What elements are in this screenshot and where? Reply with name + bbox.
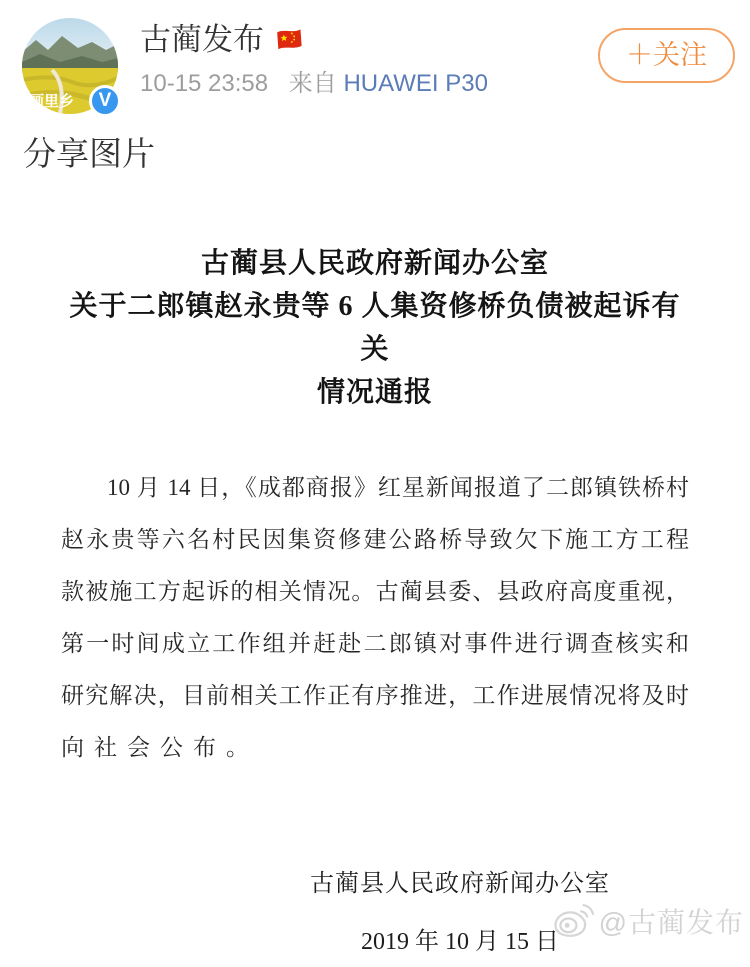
follow-button[interactable]: ＋关注 xyxy=(598,28,735,83)
notice-title: 古蔺县人民政府新闻办公室 关于二郎镇赵永贵等 6 人集资修桥负债被起诉有关 情况… xyxy=(61,198,689,414)
notice-body-line: 研究解决，目前相关工作正有序推进，工作进展情况将及时 xyxy=(61,670,689,722)
notice-body: 10 月 14 日，《成都商报》红星新闻报道了二郎镇铁桥村 赵永贵等六名村民因集… xyxy=(61,462,689,774)
notice-title-line: 关于二郎镇赵永贵等 6 人集资修桥负债被起诉有关 xyxy=(61,285,689,371)
notice-body-line: 向社会公布。 xyxy=(61,722,689,774)
notice-body-line: 第一时间成立工作组并赶赴二郎镇对事件进行调查核实和 xyxy=(61,618,689,670)
avatar-caption: 画里乡 xyxy=(29,92,74,110)
image-watermark: @古蔺发布 xyxy=(553,901,744,941)
post-content-text: 分享图片 xyxy=(23,134,750,174)
post-header: 画里乡 V 古蔺发布 10-15 23:58 来自 HUAWEI P30 ＋关注 xyxy=(0,18,750,118)
source-prefix: 来自 xyxy=(289,70,337,97)
avatar[interactable]: 画里乡 V xyxy=(22,18,118,114)
author-name[interactable]: 古蔺发布 xyxy=(140,22,264,58)
source-link[interactable]: HUAWEI P30 xyxy=(343,70,487,97)
notice-body-line: 10 月 14 日，《成都商报》红星新闻报道了二郎镇铁桥村 xyxy=(61,462,689,514)
notice-body-line: 赵永贵等六名村民因集资修建公路桥导致欠下施工方工程 xyxy=(61,514,689,566)
shared-notice-image[interactable]: 古蔺县人民政府新闻办公室 关于二郎镇赵永贵等 6 人集资修桥负债被起诉有关 情况… xyxy=(0,198,750,956)
watermark-text: @古蔺发布 xyxy=(599,901,744,941)
notice-title-line: 古蔺县人民政府新闻办公室 xyxy=(61,242,689,285)
weibo-logo-icon xyxy=(553,902,595,940)
verified-v-badge: V xyxy=(89,85,121,117)
notice-body-line: 款被施工方起诉的相关情况。古蔺县委、县政府高度重视， xyxy=(61,566,689,618)
china-flag-icon xyxy=(274,25,304,55)
notice-title-line: 情况通报 xyxy=(61,371,689,414)
notice-signature: 古蔺县人民政府新闻办公室 xyxy=(310,870,610,898)
timestamp: 10-15 23:58 xyxy=(140,70,268,97)
